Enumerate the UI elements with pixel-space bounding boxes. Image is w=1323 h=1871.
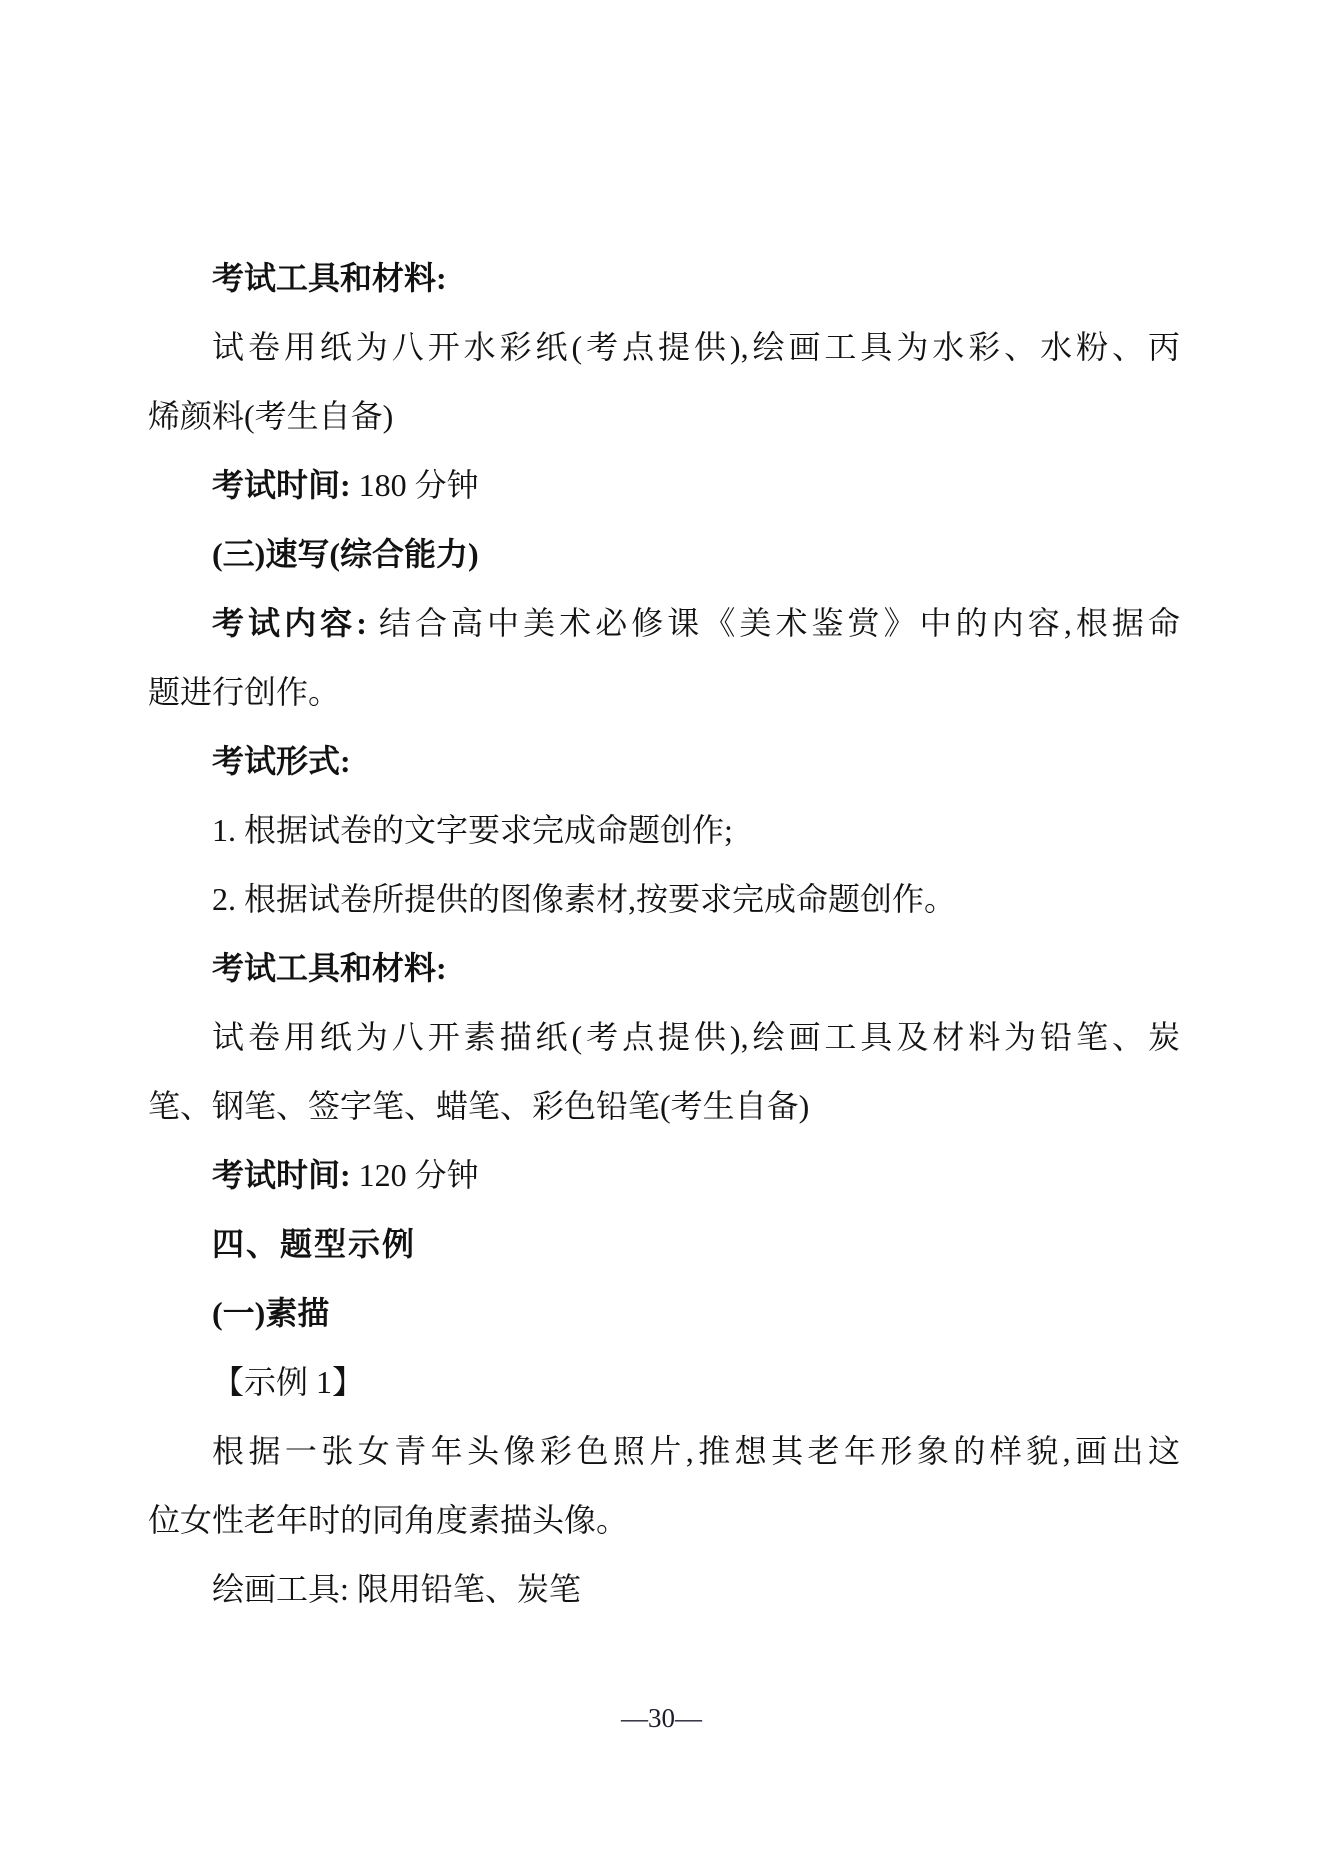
label-exam-time: 考试时间:: [212, 1157, 351, 1193]
paragraph-exam-content-line2: 题进行创作。: [148, 658, 1180, 727]
list-item-text: 1. 根据试卷的文字要求完成命题创作;: [212, 812, 733, 848]
body-text: 位女性老年时的同角度素描头像。: [148, 1502, 628, 1538]
paragraph-sketch-paper-line1: 试卷用纸为八开素描纸(考点提供),绘画工具及材料为铅笔、炭: [148, 1003, 1180, 1072]
exam-duration-120: 考试时间: 120 分钟: [148, 1141, 1180, 1210]
drawing-tools-restriction: 绘画工具: 限用铅笔、炭笔: [148, 1555, 1180, 1624]
body-text: 【示例 1】: [212, 1364, 364, 1400]
paragraph-example-task-line1: 根据一张女青年头像彩色照片,推想其老年形象的样貌,画出这: [148, 1417, 1180, 1486]
section-heading-exam-tools-1: 考试工具和材料:: [148, 244, 1180, 313]
list-item-1: 1. 根据试卷的文字要求完成命题创作;: [148, 796, 1180, 865]
paragraph-watercolor-paper-line1: 试卷用纸为八开水彩纸(考点提供),绘画工具为水彩、水粉、丙: [148, 313, 1180, 382]
label-exam-time: 考试时间:: [212, 467, 351, 503]
list-item-2: 2. 根据试卷所提供的图像素材,按要求完成命题创作。: [148, 865, 1180, 934]
body-text: 题进行创作。: [148, 674, 340, 710]
body-text: 绘画工具: 限用铅笔、炭笔: [212, 1571, 581, 1607]
paragraph-exam-content-line1: 考试内容: 结合高中美术必修课《美术鉴赏》中的内容,根据命: [148, 589, 1180, 658]
section-heading-sketch: (一)素描: [148, 1279, 1180, 1348]
section-heading-exam-format: 考试形式:: [148, 727, 1180, 796]
body-text: 结合高中美术必修课《美术鉴赏》中的内容,根据命: [367, 605, 1180, 641]
section-heading-sketch-comprehensive: (三)速写(综合能力): [148, 520, 1180, 589]
label-exam-content: 考试内容:: [212, 605, 367, 641]
section-heading-question-examples: 四、题型示例: [148, 1210, 1180, 1279]
body-text: 根据一张女青年头像彩色照片,推想其老年形象的样貌,画出这: [212, 1433, 1180, 1469]
body-text: 试卷用纸为八开素描纸(考点提供),绘画工具及材料为铅笔、炭: [212, 1019, 1180, 1055]
exam-duration-180: 考试时间: 180 分钟: [148, 451, 1180, 520]
body-text: 烯颜料(考生自备): [148, 398, 393, 434]
value-exam-time: 180 分钟: [351, 467, 479, 503]
heading-text: 考试工具和材料:: [212, 950, 447, 986]
paragraph-example-task-line2: 位女性老年时的同角度素描头像。: [148, 1486, 1180, 1555]
heading-text: (一)素描: [212, 1295, 329, 1331]
heading-text: (三)速写(综合能力): [212, 536, 479, 572]
document-body: 考试工具和材料: 试卷用纸为八开水彩纸(考点提供),绘画工具为水彩、水粉、丙 烯…: [148, 244, 1180, 1624]
paragraph-sketch-paper-line2: 笔、钢笔、签字笔、蜡笔、彩色铅笔(考生自备): [148, 1072, 1180, 1141]
value-exam-time: 120 分钟: [351, 1157, 479, 1193]
document-page: 考试工具和材料: 试卷用纸为八开水彩纸(考点提供),绘画工具为水彩、水粉、丙 烯…: [0, 0, 1323, 1871]
heading-text: 考试形式:: [212, 743, 351, 779]
body-text: 笔、钢笔、签字笔、蜡笔、彩色铅笔(考生自备): [148, 1088, 809, 1124]
example-1-label: 【示例 1】: [148, 1348, 1180, 1417]
heading-text: 考试工具和材料:: [212, 260, 447, 296]
section-heading-exam-tools-2: 考试工具和材料:: [148, 934, 1180, 1003]
paragraph-watercolor-paper-line2: 烯颜料(考生自备): [148, 382, 1180, 451]
heading-text: 四、题型示例: [212, 1226, 416, 1262]
body-text: 试卷用纸为八开水彩纸(考点提供),绘画工具为水彩、水粉、丙: [212, 329, 1180, 365]
list-item-text: 2. 根据试卷所提供的图像素材,按要求完成命题创作。: [212, 881, 956, 917]
page-number: —30—: [0, 1698, 1323, 1738]
